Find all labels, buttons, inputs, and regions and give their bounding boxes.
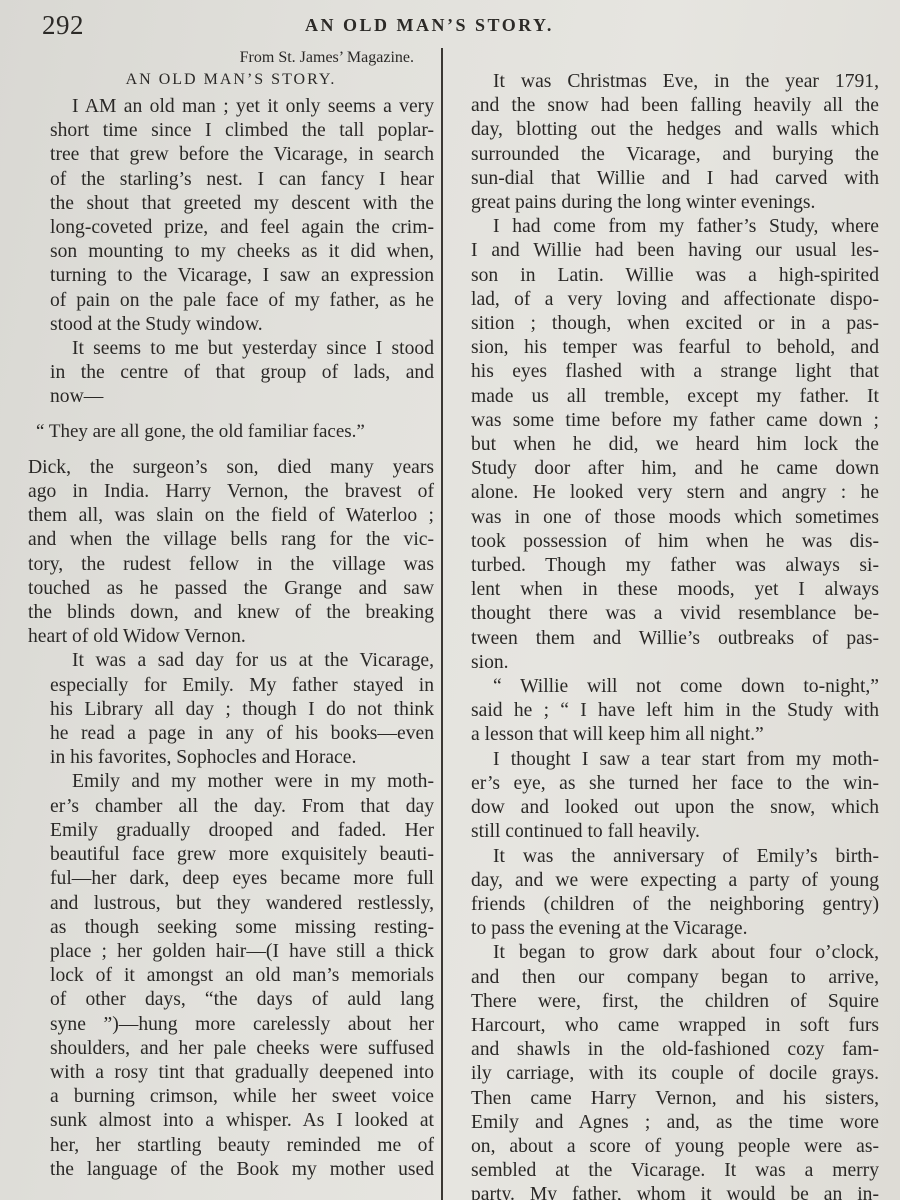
text-line: It seems to me but yesterday since I sto… bbox=[28, 337, 434, 361]
paragraph: I had come from my father’s Study, where… bbox=[449, 215, 879, 675]
paragraph: Emily and my mother were in my moth-er’s… bbox=[28, 770, 434, 1181]
text-line: still continued to fall heavily. bbox=[449, 820, 879, 844]
text-line: I AM an old man ; yet it only seems a ve… bbox=[28, 95, 434, 119]
paragraph: “ Willie will not come down to-night,”sa… bbox=[449, 675, 879, 748]
article-source: From St. James’ Magazine. bbox=[28, 47, 414, 69]
text-line: party. My father, whom it would be an in… bbox=[449, 1183, 879, 1200]
text-line: of other days, “the days of auld lang bbox=[28, 988, 434, 1012]
text-line: of pain on the pale face of my father, a… bbox=[28, 289, 434, 313]
text-line: to pass the evening at the Vicarage. bbox=[449, 917, 879, 941]
text-line: son in Latin. Willie was a high-spirited bbox=[449, 264, 879, 288]
text-line: shoulders, and her pale cheeks were suff… bbox=[28, 1037, 434, 1061]
text-line: sun-dial that Willie and I had carved wi… bbox=[449, 167, 879, 191]
text-line: alone. He looked very stern and angry : … bbox=[449, 481, 879, 505]
text-line: took possession of him when he was dis- bbox=[449, 530, 879, 554]
text-line: especially for Emily. My father stayed i… bbox=[28, 674, 434, 698]
text-line: tree that grew before the Vicarage, in s… bbox=[28, 143, 434, 167]
text-line: and when the village bells rang for the … bbox=[28, 528, 434, 552]
text-line: sembled at the Vicarage. It was a merry bbox=[449, 1159, 879, 1183]
text-line: and then our company began to arrive, bbox=[449, 966, 879, 990]
text-line: There were, first, the children of Squir… bbox=[449, 990, 879, 1014]
paragraph: Dick, the surgeon’s son, died many years… bbox=[28, 456, 434, 650]
text-line: and the snow had been falling heavily al… bbox=[449, 94, 879, 118]
text-line: I had come from my father’s Study, where bbox=[449, 215, 879, 239]
text-line: as though seeking some missing resting- bbox=[28, 916, 434, 940]
paragraph: I thought I saw a tear start from my mot… bbox=[449, 748, 879, 845]
text-line: ful—her dark, deep eyes became more full bbox=[28, 867, 434, 891]
text-line: tory, the rudest fellow in the village w… bbox=[28, 553, 434, 577]
text-line: Emily gradually drooped and faded. Her bbox=[28, 819, 434, 843]
text-line: beautiful face grew more exquisitely bea… bbox=[28, 843, 434, 867]
text-line: he read a page in any of his books—even bbox=[28, 722, 434, 746]
text-line: his Library all day ; though I do not th… bbox=[28, 698, 434, 722]
text-line: Harcourt, who came wrapped in soft furs bbox=[449, 1014, 879, 1038]
text-line: It was a sad day for us at the Vicarage, bbox=[28, 649, 434, 673]
block-quote: “ They are all gone, the old familiar fa… bbox=[28, 420, 434, 444]
text-line: her, her startling beauty reminded me of bbox=[28, 1134, 434, 1158]
text-line: of the starling’s nest. I can fancy I he… bbox=[28, 168, 434, 192]
text-line: Emily and Agnes ; and, as the time wore bbox=[449, 1111, 879, 1135]
text-line: lock of it amongst an old man’s memorial… bbox=[28, 964, 434, 988]
text-line: the language of the Book my mother used bbox=[28, 1158, 434, 1182]
text-line: sion. bbox=[449, 651, 879, 675]
text-line: er’s chamber all the day. From that day bbox=[28, 795, 434, 819]
text-line: stood at the Study window. bbox=[28, 313, 434, 337]
page-number: 292 bbox=[42, 10, 84, 41]
text-line: them all, was slain on the field of Wate… bbox=[28, 504, 434, 528]
text-line: ily carriage, with its couple of docile … bbox=[449, 1062, 879, 1086]
text-line: “ Willie will not come down to-night,” bbox=[449, 675, 879, 699]
left-column: From St. James’ Magazine. AN OLD MAN’S S… bbox=[28, 45, 434, 1182]
text-line: lent when in these moods, yet I always bbox=[449, 578, 879, 602]
text-line: was some time before my father came down… bbox=[449, 409, 879, 433]
text-line: great pains during the long winter eveni… bbox=[449, 191, 879, 215]
text-line: now— bbox=[28, 385, 434, 409]
text-line: said he ; “ I have left him in the Study… bbox=[449, 699, 879, 723]
text-line: dow and looked out upon the snow, which bbox=[449, 796, 879, 820]
text-line: a lesson that will keep him all night.” bbox=[449, 723, 879, 747]
text-line: the blinds down, and knew of the breakin… bbox=[28, 601, 434, 625]
text-line: sion, his temper was fearful to behold, … bbox=[449, 336, 879, 360]
text-line: but when he did, we heard him lock the bbox=[449, 433, 879, 457]
text-line: Then came Harry Vernon, and his sisters, bbox=[449, 1087, 879, 1111]
text-line: the shout that greeted my descent with t… bbox=[28, 192, 434, 216]
text-line: Study door after him, and he came down bbox=[449, 457, 879, 481]
right-column: It was Christmas Eve, in the year 1791,a… bbox=[449, 70, 879, 1200]
text-line: heart of old Widow Vernon. bbox=[28, 625, 434, 649]
text-line: in the centre of that group of lads, and bbox=[28, 361, 434, 385]
text-line: thought there was a vivid resemblance be… bbox=[449, 602, 879, 626]
text-line: and lustrous, but they wandered restless… bbox=[28, 892, 434, 916]
text-line: son mounting to my cheeks as it did when… bbox=[28, 240, 434, 264]
article-title: AN OLD MAN’S STORY. bbox=[28, 69, 434, 91]
text-line: day, and we were expecting a party of yo… bbox=[449, 869, 879, 893]
text-line: a burning crimson, while her sweet voice bbox=[28, 1085, 434, 1109]
text-line: Emily and my mother were in my moth- bbox=[28, 770, 434, 794]
paragraph: It began to grow dark about four o’clock… bbox=[449, 941, 879, 1200]
text-line: with a rosy tint that gradually deepened… bbox=[28, 1061, 434, 1085]
text-line: ago in India. Harry Vernon, the bravest … bbox=[28, 480, 434, 504]
text-line: in his favorites, Sophocles and Horace. bbox=[28, 746, 434, 770]
text-line: Dick, the surgeon’s son, died many years bbox=[28, 456, 434, 480]
text-line: day, blotting out the hedges and walls w… bbox=[449, 118, 879, 142]
text-line: touched as he passed the Grange and saw bbox=[28, 577, 434, 601]
text-line: sition ; though, when excited or in a pa… bbox=[449, 312, 879, 336]
text-line: I thought I saw a tear start from my mot… bbox=[449, 748, 879, 772]
text-line: short time since I climbed the tall popl… bbox=[28, 119, 434, 143]
text-line: surrounded the Vicarage, and burying the bbox=[449, 143, 879, 167]
text-line: er’s eye, as she turned her face to the … bbox=[449, 772, 879, 796]
text-line: sunk almost into a whisper. As I looked … bbox=[28, 1109, 434, 1133]
text-line: on, about a score of young people were a… bbox=[449, 1135, 879, 1159]
text-line: made us all tremble, except my father. I… bbox=[449, 385, 879, 409]
text-line: “ They are all gone, the old familiar fa… bbox=[28, 420, 434, 444]
text-line: his eyes flashed with a strange light th… bbox=[449, 360, 879, 384]
text-line: long-coveted prize, and feel again the c… bbox=[28, 216, 434, 240]
text-line: turning to the Vicarage, I saw an expres… bbox=[28, 264, 434, 288]
paragraph: It seems to me but yesterday since I sto… bbox=[28, 337, 434, 410]
text-line: place ; her golden hair—(I have still a … bbox=[28, 940, 434, 964]
text-line: It was the anniversary of Emily’s birth- bbox=[449, 845, 879, 869]
text-line: was in one of those moods which sometime… bbox=[449, 506, 879, 530]
text-line: lad, of a very loving and affectionate d… bbox=[449, 288, 879, 312]
text-line: friends (children of the neighboring gen… bbox=[449, 893, 879, 917]
paragraph: It was the anniversary of Emily’s birth-… bbox=[449, 845, 879, 942]
running-head: AN OLD MAN’S STORY. bbox=[305, 15, 554, 36]
text-line: It was Christmas Eve, in the year 1791, bbox=[449, 70, 879, 94]
text-line: syne ”)—hung more carelessly about her bbox=[28, 1013, 434, 1037]
text-line: turbed. Though my father was always si- bbox=[449, 554, 879, 578]
text-line: It began to grow dark about four o’clock… bbox=[449, 941, 879, 965]
paragraph: It was Christmas Eve, in the year 1791,a… bbox=[449, 70, 879, 215]
text-line: I and Willie had been having our usual l… bbox=[449, 239, 879, 263]
text-line: and shawls in the old-fashioned cozy fam… bbox=[449, 1038, 879, 1062]
paragraph: I AM an old man ; yet it only seems a ve… bbox=[28, 95, 434, 337]
paragraph: It was a sad day for us at the Vicarage,… bbox=[28, 649, 434, 770]
column-divider bbox=[441, 48, 443, 1200]
text-line: tween them and Willie’s outbreaks of pas… bbox=[449, 627, 879, 651]
